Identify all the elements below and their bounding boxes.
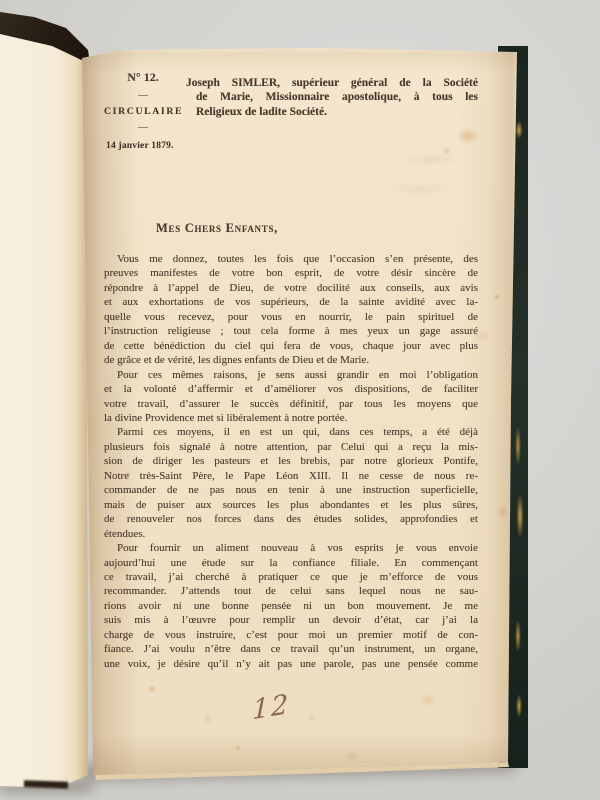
body-line: la divine Providence met si libéralement…: [104, 411, 478, 425]
circular-header-column: N° 12. — CIRCULAIRE —: [104, 70, 182, 133]
body-line: Pour fournir un aliment nouveau à vos es…: [104, 541, 478, 555]
body-line: commander de ne pas nous en tenir à une …: [104, 483, 478, 497]
body-line: sion de diriger les pasteurs et les breb…: [104, 454, 478, 468]
header-rule-bottom: —: [104, 123, 182, 133]
circular-number: N° 12.: [104, 70, 182, 85]
body-line: étendues.: [104, 527, 478, 541]
body-line: recommander. J’attends tout de celui san…: [104, 584, 478, 598]
body-line: fiance. J’ai voulu n’être dans ce travai…: [104, 642, 478, 656]
header-rule-top: —: [104, 91, 182, 101]
body-line: preuves manifestes de votre bon esprit, …: [104, 266, 478, 280]
body-line: Notre très-Saint Père, le Pape Léon XIII…: [104, 469, 478, 483]
photo-of-book: { "photo": { "background_color": "#d6d5d…: [0, 0, 600, 800]
body-line: Vous me donnez, toutes les fois que l’oc…: [104, 252, 478, 266]
body-line: quelle vous recevez, pour vous en nourri…: [104, 310, 478, 324]
handwritten-page-number: 12: [252, 689, 290, 726]
body-line: de grâce et de vérité, les dignes enfant…: [104, 353, 478, 367]
address-line: Joseph SIMLER, supérieur général de la S…: [186, 76, 478, 90]
body-line: de cette bénédiction du ciel qui fera de…: [104, 339, 478, 353]
salutation: Mes Chers Enfants,: [156, 221, 278, 236]
body-line: de renouveler nos forces dans des études…: [104, 512, 478, 526]
body-line: Parmi ces moyens, il en est un qui, dans…: [104, 425, 478, 439]
address-block: Joseph SIMLER, supérieur général de la S…: [186, 76, 478, 119]
body-line: répondre à l’appel de Dieu, de votre doc…: [104, 281, 478, 295]
facing-page: [0, 0, 90, 800]
body-line: plusieurs fois signalé à notre attention…: [104, 440, 478, 454]
body-line: et aux exhortations de vos supérieurs, d…: [104, 295, 478, 309]
circular-date: 14 janvier 1879.: [106, 141, 174, 151]
address-line: Religieux de ladite Société.: [186, 105, 478, 119]
address-line: de Marie, Missionnaire apostolique, à to…: [186, 90, 478, 104]
body-line: ce travail, j’ai cherché à pratiquer ce …: [104, 570, 478, 584]
body-line: une voix, je désire qu’il n’y ait pas un…: [104, 657, 478, 671]
body-line: l’instruction religieuse ; tout cela for…: [104, 324, 478, 338]
body-line: Pour ces mêmes raisons, je sens aussi gr…: [104, 368, 478, 382]
body-line: aujourd’hui une étude sur la confiance f…: [104, 556, 478, 570]
book-spine-bottom: [24, 780, 68, 789]
body-line: suis mis à l’œuvre pour remplir un devoi…: [104, 613, 478, 627]
body-text: Vous me donnez, toutes les fois que l’oc…: [104, 252, 478, 671]
circular-label: CIRCULAIRE: [104, 106, 182, 117]
body-line: rions avoir ni une bonne pensée ni un bo…: [104, 599, 478, 613]
body-line: mais de puiser aux sources les plus abon…: [104, 498, 478, 512]
body-line: et la volonté d’affermir et d’améliorer …: [104, 382, 478, 396]
body-line: charge de vous instruire, c’est pour moi…: [104, 628, 478, 642]
body-line: votre travail, d’assurer le succès défin…: [104, 397, 478, 411]
